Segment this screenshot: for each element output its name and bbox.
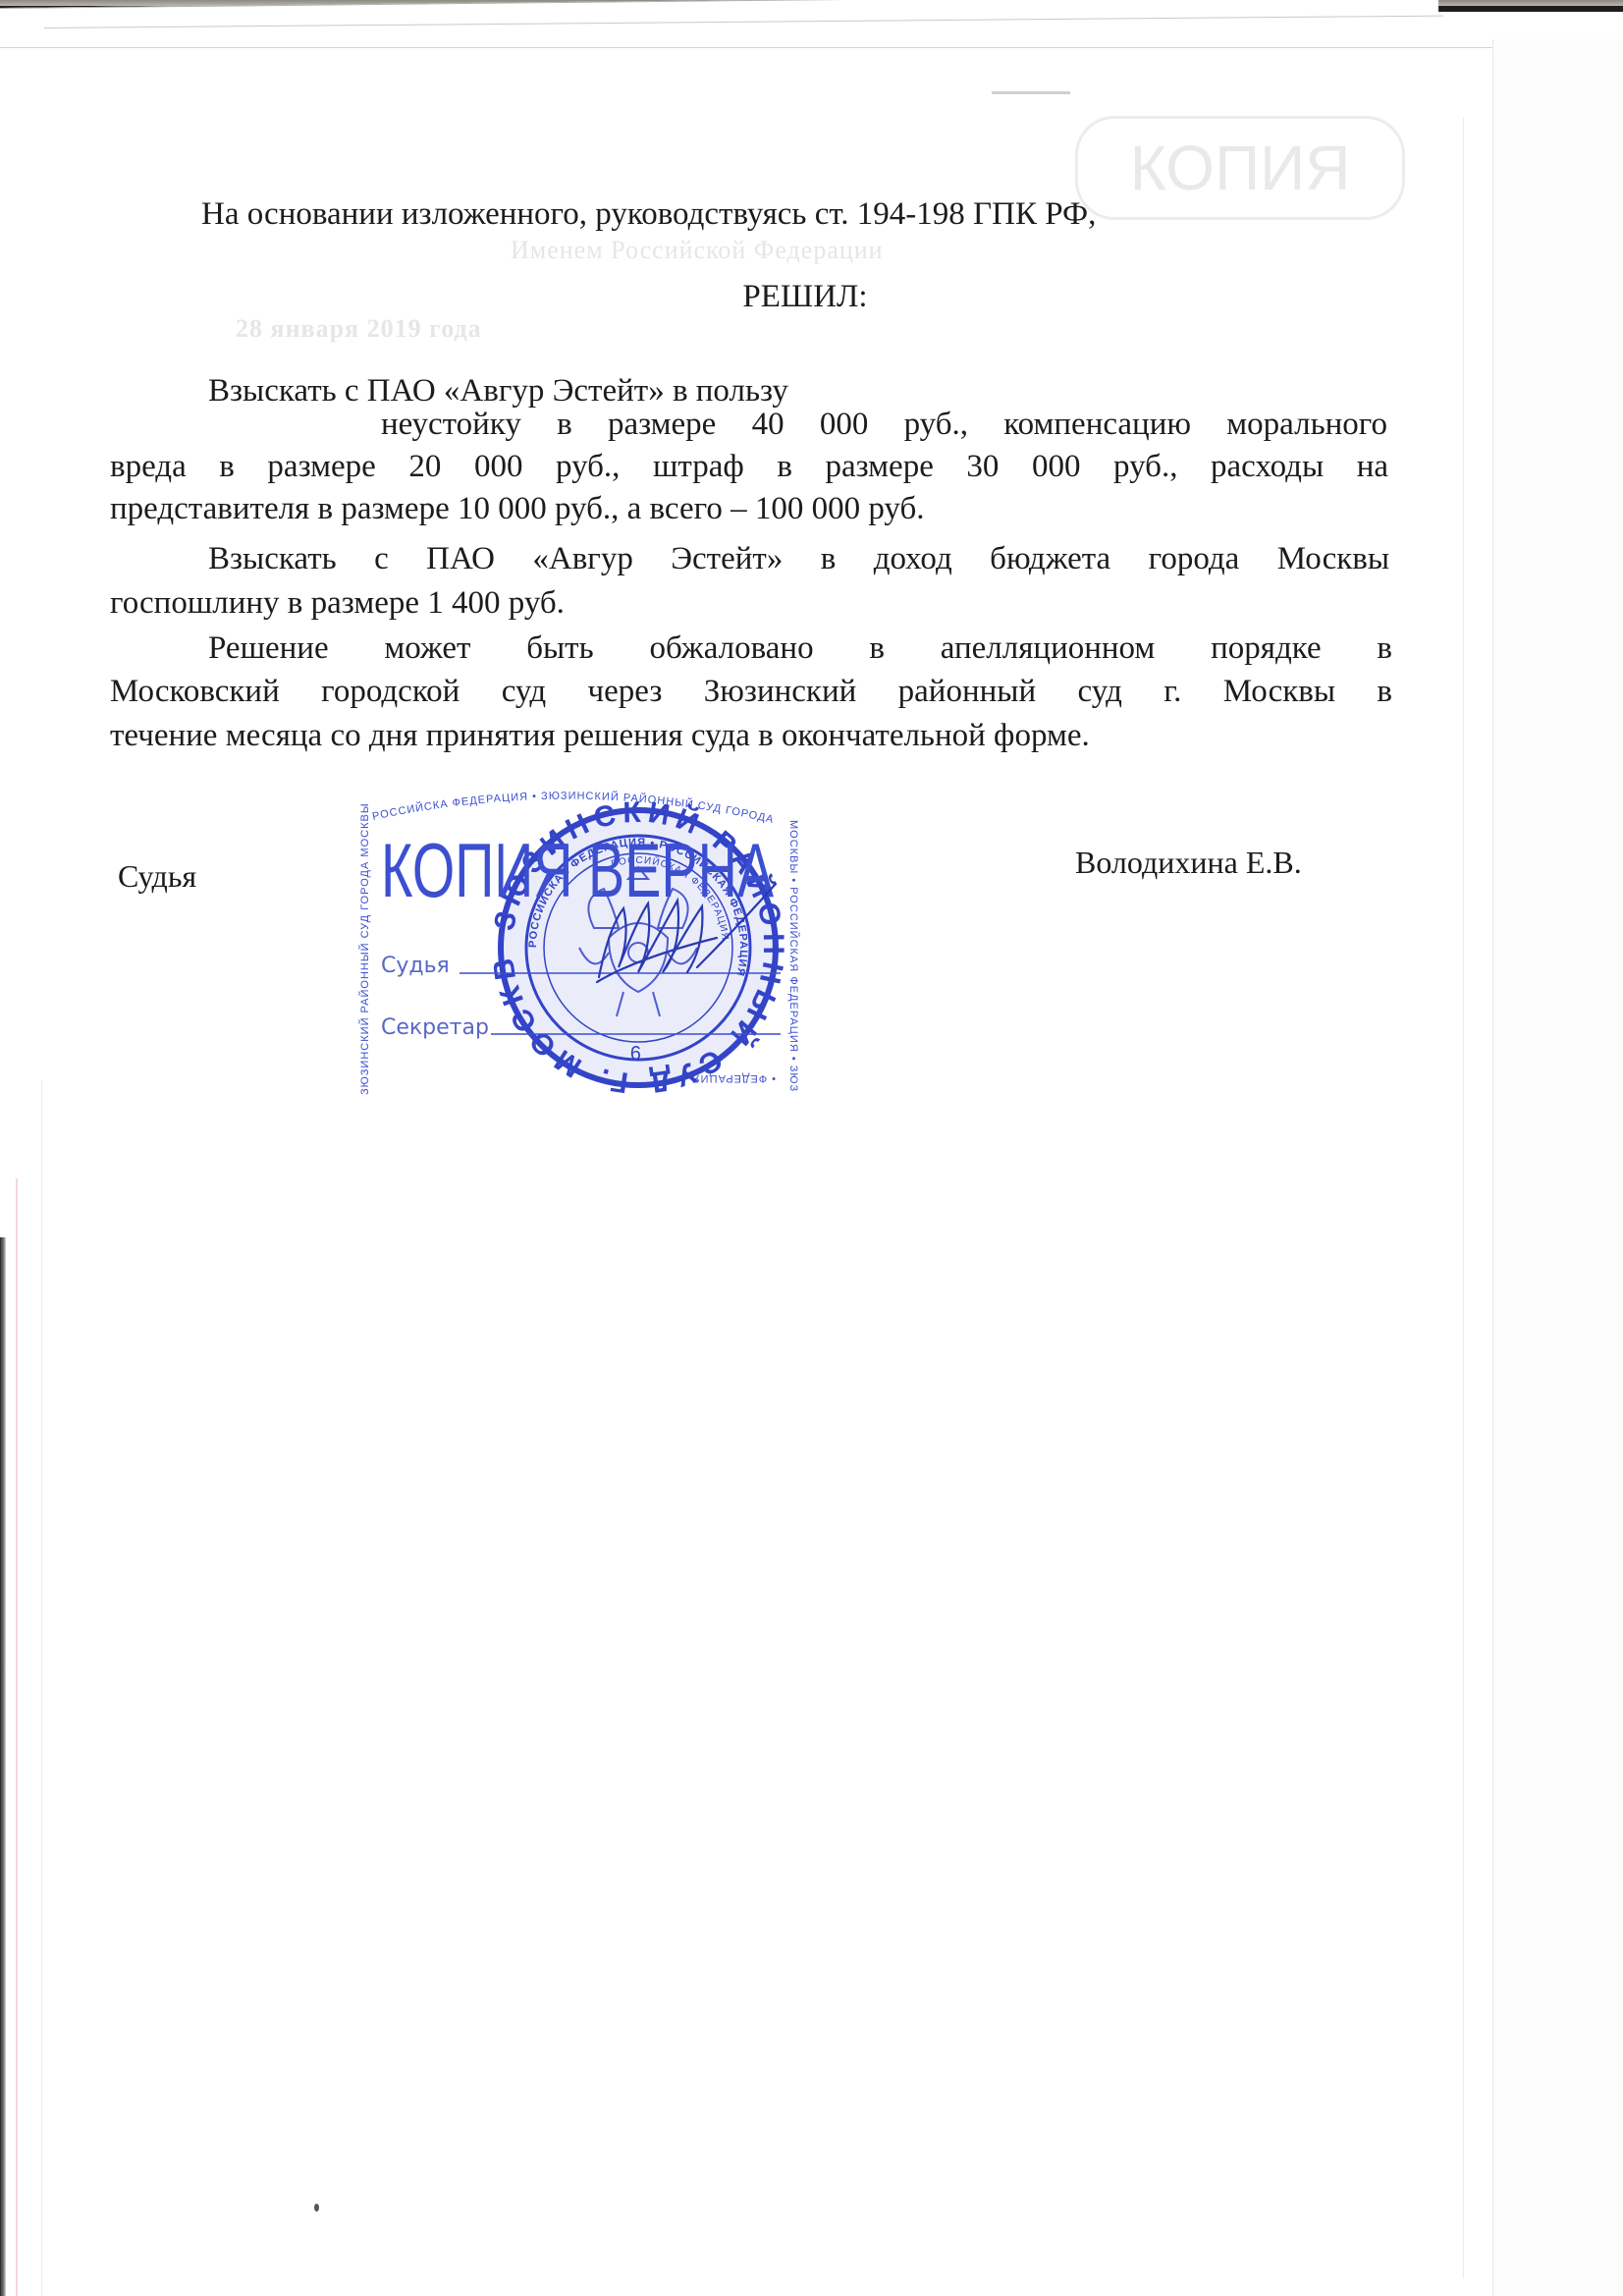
paragraph-line: Решение может быть обжаловано в апелляци…	[208, 629, 1392, 668]
ghost-text-line: 28 января 2019 года	[236, 314, 482, 344]
stamp-graphic: РОССИЙСКА ФЕДЕРАЦИЯ • ЗЮЗИНСКИЙ РАЙОННЫЙ…	[344, 781, 815, 1105]
page-edge-margin-line	[16, 1178, 18, 2296]
faint-fold-line	[41, 1080, 42, 2296]
copy-certified-stamp: РОССИЙСКА ФЕДЕРАЦИЯ • ЗЮЗИНСКИЙ РАЙОННЫЙ…	[344, 781, 815, 1105]
paragraph-line: представителя в размере 10 000 руб., а в…	[110, 489, 925, 528]
paragraph-line: вреда в размере 20 000 руб., штраф в раз…	[110, 447, 1388, 486]
stamp-border-text-left: ЗЮЗИНСКИЙ РАЙОННЫЙ СУД ГОРОДА МОСКВЫ •	[344, 781, 371, 1095]
stamp-title: КОПИЯ ВЕРНА	[381, 827, 774, 913]
scan-mark	[992, 91, 1070, 94]
signature-name: Володихина Е.В.	[1075, 843, 1302, 882]
page-edge-left	[0, 1237, 6, 2296]
ghost-copy-stamp: КОПИЯ	[1075, 116, 1405, 220]
signature-role-label: Судья	[118, 856, 196, 896]
paragraph-line: госпошлину в размере 1 400 руб.	[110, 583, 565, 623]
seal-number: 9	[630, 1041, 641, 1063]
stamp-secretary-label: Секретар	[381, 1015, 489, 1040]
paragraph-line: Взыскать с ПАО «Авгур Эстейт» в доход бю…	[208, 539, 1389, 578]
paragraph-line: течение месяца со дня принятия решения с…	[110, 716, 1090, 755]
ghost-text-line: Именем Российской Федерации	[511, 236, 884, 265]
paragraph-line: неустойку в размере 40 000 руб., компенс…	[381, 405, 1387, 444]
faint-fold-line	[1463, 118, 1464, 2278]
decision-heading: РЕШИЛ:	[550, 277, 1060, 316]
scan-speck	[314, 2204, 319, 2212]
stamp-judge-label: Судья	[381, 954, 450, 978]
page-edge-right	[1492, 39, 1623, 2296]
paragraph-line: Московский городской суд через Зюзинский…	[110, 672, 1392, 711]
svg-text:ЗЮЗИНСКИЙ РАЙОННЫЙ СУД ГОРОДА: ЗЮЗИНСКИЙ РАЙОННЫЙ СУД ГОРОДА МОСКВЫ •	[344, 781, 371, 1095]
preamble-text: На основании изложенного, руководствуясь…	[201, 194, 1096, 234]
